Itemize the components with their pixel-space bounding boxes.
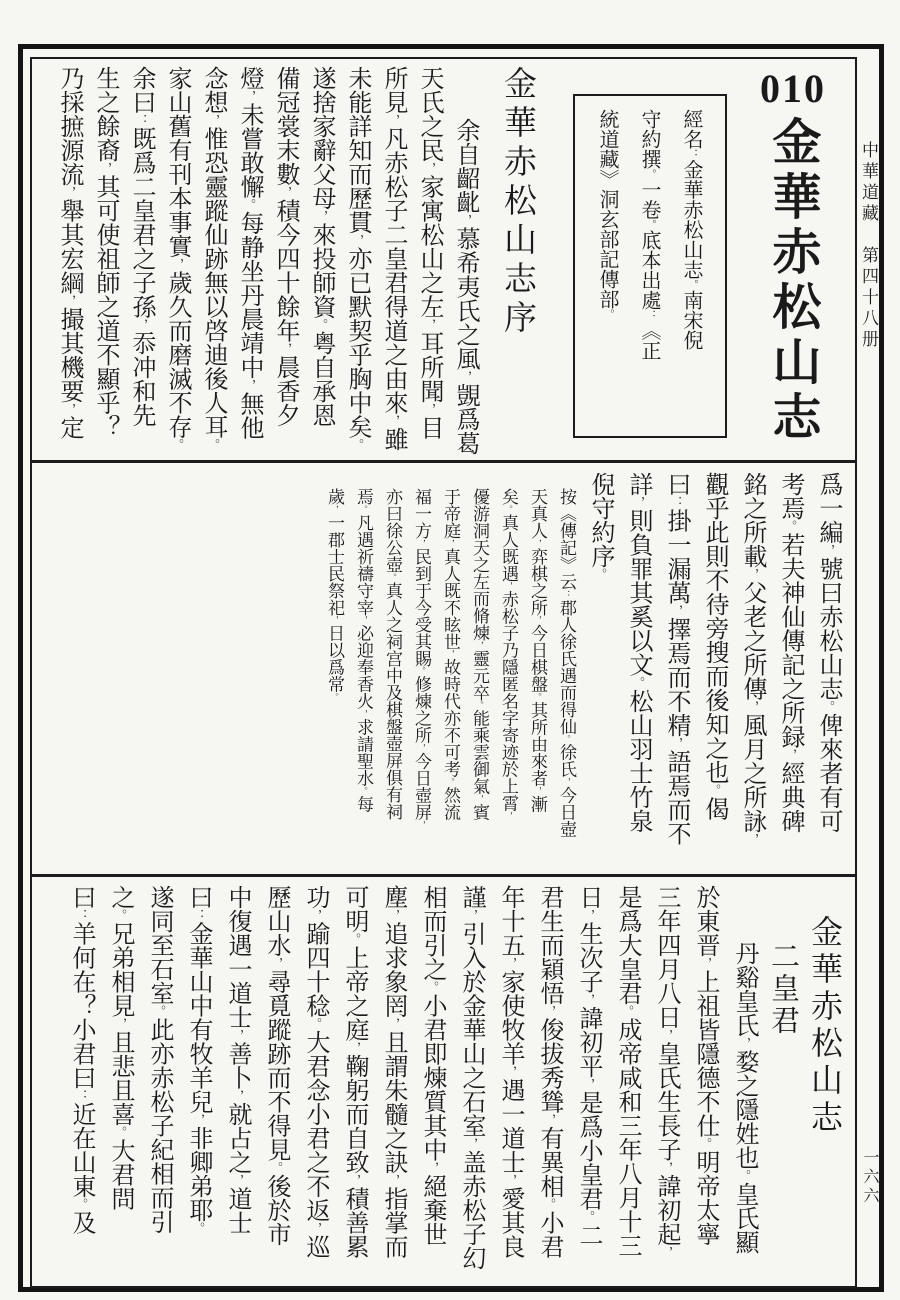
text-column: 未能詳知而歷貫，亦已默契乎胸中矣。 bbox=[339, 66, 375, 455]
text-column: 曰：羊何在？小君曰：近在山東。及 bbox=[61, 885, 100, 1270]
text-column: 于帝庭，真人既不眩世，故時代亦不可考。然流 bbox=[436, 488, 465, 838]
text-column: 守約撰。一卷。底本出處：《正 bbox=[628, 109, 670, 423]
text-column: 於東晋，上祖皆隱德不仕。明帝太寧 bbox=[685, 885, 724, 1270]
text-column: 統道藏》洞玄部記傳部。 bbox=[586, 109, 628, 423]
text-column: 家山舊有刊本事實，歲久而磨滅不存。 bbox=[159, 66, 195, 455]
text-column: 天氏之民，家寓松山之左，耳所聞，目 bbox=[411, 66, 447, 455]
main-section-heading: 二皇君 bbox=[763, 941, 803, 1037]
text-column: 君生而穎悟，俊拔秀聳，有異相。小君 bbox=[529, 885, 568, 1270]
text-column: 念想，惟恐靈蹤仙跡無以啓迪後人耳。 bbox=[195, 66, 231, 455]
text-column: 余曰：既爲二皇君之子孫，忝冲和先 bbox=[123, 66, 159, 455]
annotation-columns: 按《傳記》云：郡人徐氏遇而得仙。徐氏，今日壺天真人，弈棋之所，今日棋盤。其所由來… bbox=[320, 472, 581, 838]
text-column: 歷山水，尋覓蹤跡而不得見。後於市 bbox=[256, 885, 295, 1270]
collection-label: 中華道藏 第四十八册 bbox=[857, 141, 880, 351]
text-column: 天真人，弈棋之所，今日棋盤。其所由來者，漸 bbox=[523, 488, 552, 838]
text-column: 亦曰徐公壺。真人之祠宫中及棋盤壺屏俱有祠 bbox=[378, 488, 407, 838]
text-column: 所見，凡赤松子二皇君得道之由來，雖 bbox=[375, 66, 411, 455]
text-column: 丹谿皇氏，婺之隱姓也。皇氏顯 bbox=[724, 941, 763, 1270]
text-column: 遂同至石室。此亦赤松子紀相而引 bbox=[139, 885, 178, 1270]
text-column: 備冠裳末數，積今四十餘年，晨香夕 bbox=[267, 66, 303, 455]
middle-columns: 爲一編，號曰赤松山志。俾來者有可考焉。若夫神仙傳記之所録，經典碑銘之所載，父老之… bbox=[581, 472, 847, 845]
text-column: 考焉。若夫神仙傳記之所録，經典碑 bbox=[771, 472, 809, 845]
text-column: 余自齠齔，慕希夷氏之風，覬爲葛 bbox=[447, 118, 483, 455]
text-column: 歲，一郡士民祭祀，日以爲常。 bbox=[320, 488, 349, 838]
preface-heading: 金華赤松山志序 bbox=[493, 66, 541, 339]
section-main: 金華赤松山志 二皇君 丹谿皇氏，婺之隱姓也。皇氏顯於東晋，上祖皆隱德不仕。明帝太… bbox=[32, 877, 855, 1286]
text-column: 倪守約序。 bbox=[581, 472, 619, 845]
text-column: 經名：金華赤松山志。南宋倪 bbox=[670, 109, 712, 423]
text-column: 焉。凡遇祈禱守宰，必迎奉香火，求請聖水。每 bbox=[349, 488, 378, 838]
text-column: 燈，未嘗敢懈。每静坐丹晨靖中，無他 bbox=[231, 66, 267, 455]
text-column: 塵，追求象罔，且謂朱髓之訣，指掌而 bbox=[373, 885, 412, 1270]
main-title: 金華赤松山志 bbox=[803, 915, 847, 1137]
section-preface: 010 金華赤松山志 經名：金華赤松山志。南宋倪守約撰。一卷。底本出處：《正統道… bbox=[32, 59, 855, 463]
text-column: 年十五，家使牧羊，遇一道士，愛其良 bbox=[490, 885, 529, 1270]
text-column: 曰：掛一漏萬，擇焉而不精，語焉而不 bbox=[657, 472, 695, 845]
text-column: 生之餘裔，其可使祖師之道不顯乎？ bbox=[87, 66, 123, 455]
text-column: 三年四月八日，皇氏生長子，諱初起， bbox=[646, 885, 685, 1270]
text-column: 優游洞天之左而脩煉，靈元卒。能乘雲御氣，賓 bbox=[465, 488, 494, 838]
text-column: 遂捨家辭父母，來投師資。粤自承恩 bbox=[303, 66, 339, 455]
text-column: 是爲大皇君。成帝咸和三年八月十三 bbox=[607, 885, 646, 1270]
text-column: 之。兄弟相見，且悲且喜。大君問 bbox=[100, 885, 139, 1270]
preface-columns: 余自齠齔，慕希夷氏之風，覬爲葛天氏之民，家寓松山之左，耳所聞，目所見，凡赤松子二… bbox=[51, 66, 483, 455]
text-column: 銘之所載，父老之所傳，風月之所詠， bbox=[733, 472, 771, 845]
text-column: 爲一編，號曰赤松山志。俾來者有可 bbox=[809, 472, 847, 845]
text-column: 乃採摭源流，舉其宏綱，撮其機要，定 bbox=[51, 66, 87, 455]
main-columns: 丹谿皇氏，婺之隱姓也。皇氏顯於東晋，上祖皆隱德不仕。明帝太寧三年四月八日，皇氏生… bbox=[61, 885, 763, 1270]
book-title-block: 010 金華赤松山志 bbox=[739, 66, 847, 446]
text-column: 中復遇一道士，善卜，就占之，道士 bbox=[217, 885, 256, 1270]
text-column: 按《傳記》云：郡人徐氏遇而得仙。徐氏，今日壺 bbox=[552, 488, 581, 838]
colophon-box: 經名：金華赤松山志。南宋倪守約撰。一卷。底本出處：《正統道藏》洞玄部記傳部。 bbox=[573, 94, 727, 438]
colophon-box-wrap: 經名：金華赤松山志。南宋倪守約撰。一卷。底本出處：《正統道藏》洞玄部記傳部。 bbox=[573, 94, 727, 438]
text-column: 謹，引入於金華山之石室，盖赤松子幻 bbox=[451, 885, 490, 1270]
text-column: 可明。上帝之庭，鞠躬而自致，積善累 bbox=[334, 885, 373, 1270]
book-title: 金華赤松山志 bbox=[743, 116, 843, 446]
text-column: 詳，則負罪其奚以文。松山羽士竹泉 bbox=[619, 472, 657, 845]
text-column: 福一方，民到于今受其賜。修煉之所，今日壺屏， bbox=[407, 488, 436, 838]
text-column: 相而引之。小君即煉質其中，絕棄世 bbox=[412, 885, 451, 1270]
right-margin-strip: 中華道藏 第四十八册 一六六 bbox=[857, 57, 880, 1288]
text-frame: 010 金華赤松山志 經名：金華赤松山志。南宋倪守約撰。一卷。底本出處：《正統道… bbox=[30, 57, 857, 1288]
text-column: 曰：金華山中有牧羊兒，非卿弟耶。 bbox=[178, 885, 217, 1270]
page-number: 一六六 bbox=[859, 1149, 879, 1206]
volume-number: 010 bbox=[739, 66, 847, 112]
text-column: 日，生次子，諱初平，是爲小皇君。二 bbox=[568, 885, 607, 1270]
text-column: 矣。真人既遇，赤松子乃隱匿名字寄迹於上霄， bbox=[494, 488, 523, 838]
text-column: 功，踰四十稔。大君念小君之不返，巡 bbox=[295, 885, 334, 1270]
scanned-book-page: { "colors": { "paper": "#f6f6f2", "ink":… bbox=[0, 0, 900, 1300]
text-column: 觀乎此則不待旁搜而後知之也。偈 bbox=[695, 472, 733, 845]
section-middle: 爲一編，號曰赤松山志。俾來者有可考焉。若夫神仙傳記之所録，經典碑銘之所載，父老之… bbox=[32, 463, 855, 877]
